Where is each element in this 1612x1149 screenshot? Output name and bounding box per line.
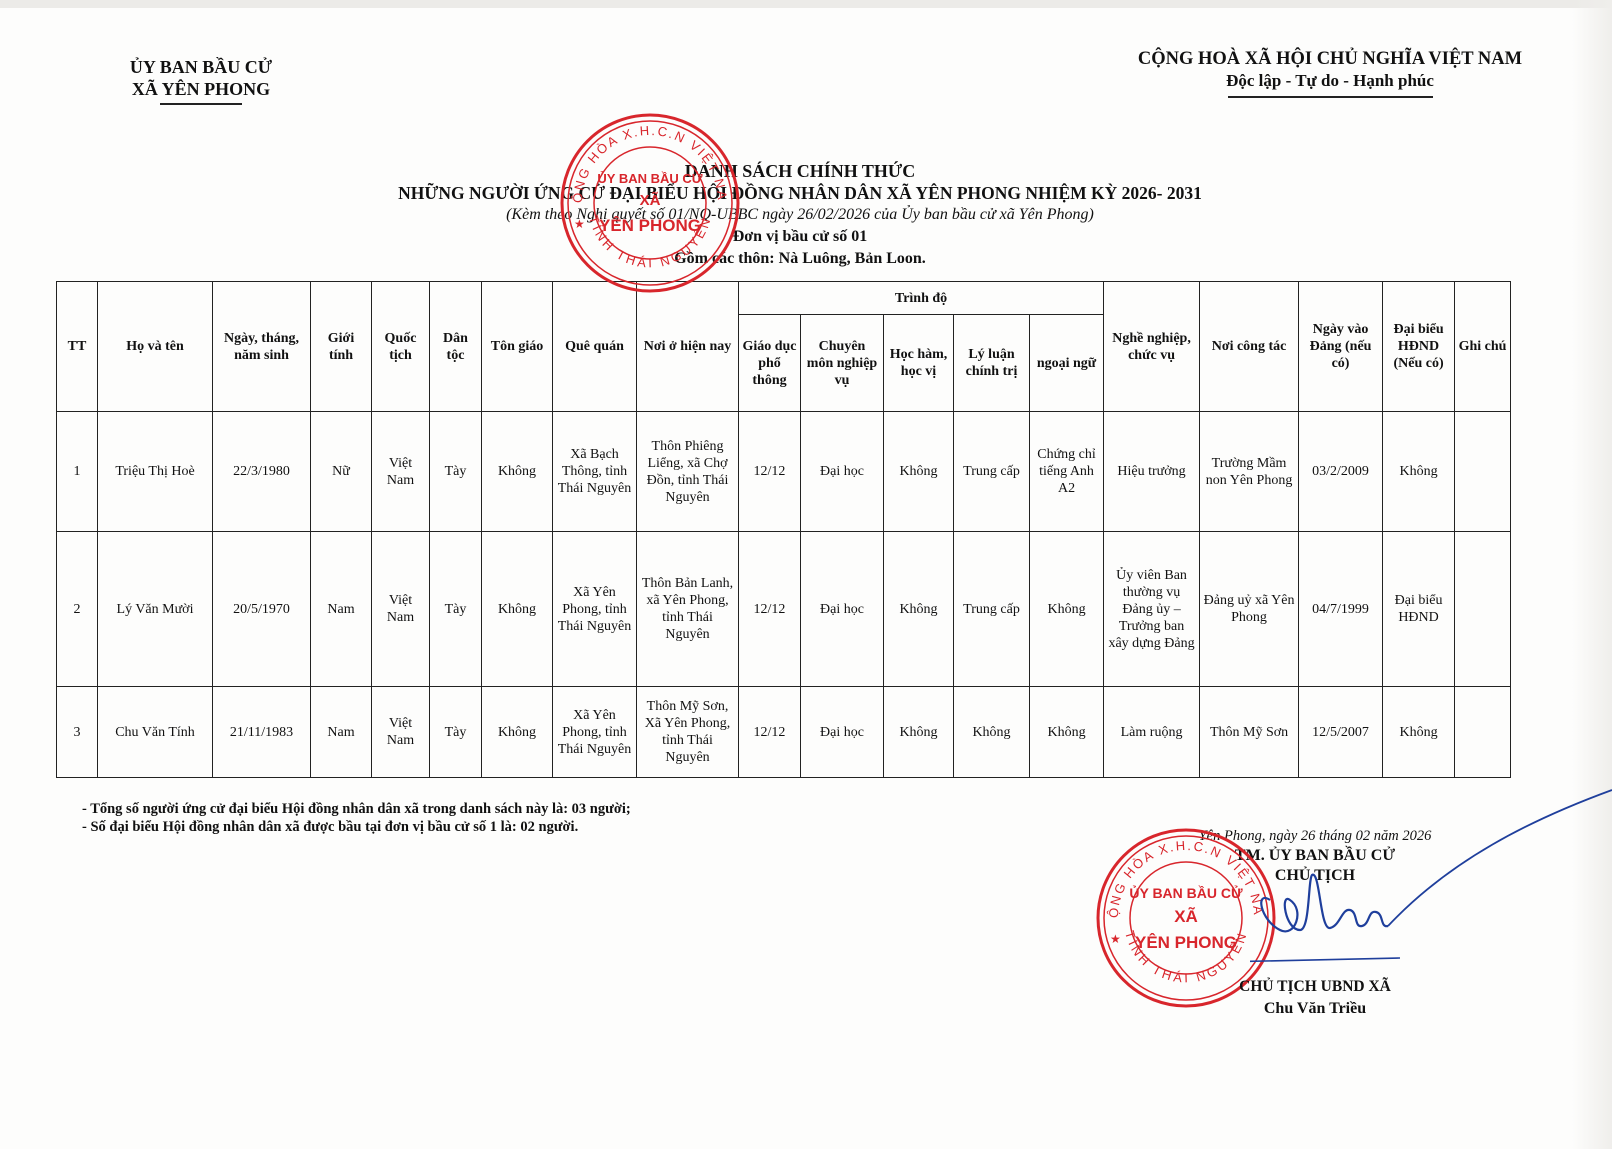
cell-note bbox=[1455, 687, 1511, 778]
title-line-2: NHỮNG NGƯỜI ỨNG CỬ ĐẠI BIỂU HỘI ĐỒNG NHÂ… bbox=[350, 182, 1250, 204]
cell-name: Chu Văn Tính bbox=[98, 687, 213, 778]
title-line-1: DANH SÁCH CHÍNH THỨC bbox=[350, 160, 1250, 182]
cell-hometown: Xã Yên Phong, tỉnh Thái Nguyên bbox=[553, 687, 637, 778]
seal2-center-2: XÃ bbox=[1174, 906, 1198, 926]
cell-professional: Đại học bbox=[801, 532, 884, 687]
signer-org: TM. ỦY BAN BẦU CỬ bbox=[1150, 846, 1480, 866]
cell-academic: Không bbox=[884, 412, 954, 532]
table-row: 2Lý Văn Mười20/5/1970NamViệt NamTàyKhông… bbox=[57, 532, 1511, 687]
cell-hometown: Xã Yên Phong, tỉnh Thái Nguyên bbox=[553, 532, 637, 687]
cell-language: Không bbox=[1030, 687, 1104, 778]
cell-hometown: Xã Bạch Thông, tỉnh Thái Nguyên bbox=[553, 412, 637, 532]
col-hometown: Quê quán bbox=[553, 282, 637, 412]
title-reference: (Kèm theo Nghị quyết số 01/NQ-UBBC ngày … bbox=[350, 204, 1250, 226]
seal2-center-3: YÊN PHONG bbox=[1135, 933, 1237, 952]
cell-academic: Không bbox=[884, 687, 954, 778]
cell-party-date: 04/7/1999 bbox=[1299, 532, 1383, 687]
cell-dob: 22/3/1980 bbox=[213, 412, 311, 532]
motto: Độc lập - Tự do - Hạnh phúc bbox=[1120, 70, 1540, 92]
cell-residence: Thôn Bản Lanh, xã Yên Phong, tỉnh Thái N… bbox=[637, 532, 739, 687]
col-name: Họ và tên bbox=[98, 282, 213, 412]
cell-language: Chứng chỉ tiếng Anh A2 bbox=[1030, 412, 1104, 532]
country-name: CỘNG HOÀ XÃ HỘI CHỦ NGHĨA VIỆT NAM bbox=[1120, 48, 1540, 70]
cell-occupation: Hiệu trưởng bbox=[1104, 412, 1200, 532]
scan-right-shadow bbox=[1572, 0, 1612, 1149]
cell-professional: Đại học bbox=[801, 687, 884, 778]
authority-line-2: XÃ YÊN PHONG bbox=[116, 78, 286, 100]
col-group-qualification: Trình độ bbox=[739, 282, 1104, 315]
col-political: Lý luận chính trị bbox=[954, 315, 1030, 412]
cell-nationality: Việt Nam bbox=[372, 687, 430, 778]
cell-language: Không bbox=[1030, 532, 1104, 687]
villages: Gồm các thôn: Nà Luông, Bản Loon. bbox=[350, 248, 1250, 270]
authority-underline bbox=[160, 103, 242, 105]
cell-gender: Nữ bbox=[311, 412, 372, 532]
cell-tt: 1 bbox=[57, 412, 98, 532]
header-row-1: TT Họ và tên Ngày, tháng, năm sinh Giới … bbox=[57, 282, 1511, 315]
cell-occupation: Làm ruộng bbox=[1104, 687, 1200, 778]
summary-notes: - Tổng số người ứng cử đại biểu Hội đồng… bbox=[82, 800, 631, 836]
cell-workplace: Thôn Mỹ Sơn bbox=[1200, 687, 1299, 778]
cell-note bbox=[1455, 532, 1511, 687]
cell-ethnicity: Tày bbox=[430, 687, 482, 778]
cell-religion: Không bbox=[482, 532, 553, 687]
signature-block: Yên Phong, ngày 26 tháng 02 năm 2026 TM.… bbox=[1150, 826, 1480, 886]
seal2-star-icon: ★ bbox=[1110, 932, 1121, 946]
cell-council-rep: Đại biểu HĐND bbox=[1383, 532, 1455, 687]
cell-gender: Nam bbox=[311, 532, 372, 687]
cell-professional: Đại học bbox=[801, 412, 884, 532]
col-language: ngoại ngữ bbox=[1030, 315, 1104, 412]
authority-line-1: ỦY BAN BẦU CỬ bbox=[116, 56, 286, 78]
place-date: Yên Phong, ngày 26 tháng 02 năm 2026 bbox=[1150, 826, 1480, 846]
electoral-unit: Đơn vị bầu cử số 01 bbox=[350, 226, 1250, 248]
scan-top-edge bbox=[0, 0, 1612, 8]
table-row: 1Triệu Thị Hoè22/3/1980NữViệt NamTàyKhôn… bbox=[57, 412, 1511, 532]
note-seats: - Số đại biểu Hội đồng nhân dân xã được … bbox=[82, 818, 631, 836]
cell-nationality: Việt Nam bbox=[372, 412, 430, 532]
cell-general-edu: 12/12 bbox=[739, 532, 801, 687]
note-total-candidates: - Tổng số người ứng cử đại biểu Hội đồng… bbox=[82, 800, 631, 818]
cell-party-date: 12/5/2007 bbox=[1299, 687, 1383, 778]
col-general-edu: Giáo dục phổ thông bbox=[739, 315, 801, 412]
cell-name: Triệu Thị Hoè bbox=[98, 412, 213, 532]
cell-religion: Không bbox=[482, 687, 553, 778]
col-residence: Nơi ở hiện nay bbox=[637, 282, 739, 412]
cell-academic: Không bbox=[884, 532, 954, 687]
cell-council-rep: Không bbox=[1383, 412, 1455, 532]
cell-name: Lý Văn Mười bbox=[98, 532, 213, 687]
cell-political: Trung cấp bbox=[954, 532, 1030, 687]
cell-tt: 2 bbox=[57, 532, 98, 687]
cell-residence: Thôn Mỹ Sơn, Xã Yên Phong, tỉnh Thái Ngu… bbox=[637, 687, 739, 778]
col-academic: Học hàm, học vị bbox=[884, 315, 954, 412]
col-nationality: Quốc tịch bbox=[372, 282, 430, 412]
signer-title: CHỦ TỊCH UBND XÃ bbox=[1150, 976, 1480, 998]
col-ethnicity: Dân tộc bbox=[430, 282, 482, 412]
cell-workplace: Trường Mầm non Yên Phong bbox=[1200, 412, 1299, 532]
cell-general-edu: 12/12 bbox=[739, 687, 801, 778]
col-gender: Giới tính bbox=[311, 282, 372, 412]
col-note: Ghi chú bbox=[1455, 282, 1511, 412]
cell-ethnicity: Tày bbox=[430, 412, 482, 532]
col-tt: TT bbox=[57, 282, 98, 412]
col-council-rep: Đại biểu HĐND (Nếu có) bbox=[1383, 282, 1455, 412]
document-title: DANH SÁCH CHÍNH THỨC NHỮNG NGƯỜI ỨNG CỬ … bbox=[350, 160, 1250, 270]
cell-general-edu: 12/12 bbox=[739, 412, 801, 532]
cell-note bbox=[1455, 412, 1511, 532]
cell-dob: 21/11/1983 bbox=[213, 687, 311, 778]
col-professional: Chuyên môn nghiệp vụ bbox=[801, 315, 884, 412]
signer-name: Chu Văn Triều bbox=[1150, 998, 1480, 1020]
cell-party-date: 03/2/2009 bbox=[1299, 412, 1383, 532]
col-religion: Tôn giáo bbox=[482, 282, 553, 412]
motto-underline bbox=[1228, 96, 1433, 98]
cell-religion: Không bbox=[482, 412, 553, 532]
cell-nationality: Việt Nam bbox=[372, 532, 430, 687]
col-workplace: Nơi công tác bbox=[1200, 282, 1299, 412]
candidates-table: TT Họ và tên Ngày, tháng, năm sinh Giới … bbox=[56, 281, 1511, 778]
cell-council-rep: Không bbox=[1383, 687, 1455, 778]
cell-workplace: Đảng uỷ xã Yên Phong bbox=[1200, 532, 1299, 687]
table-row: 3Chu Văn Tính21/11/1983NamViệt NamTàyKhô… bbox=[57, 687, 1511, 778]
col-occupation: Nghề nghiệp, chức vụ bbox=[1104, 282, 1200, 412]
cell-occupation: Ủy viên Ban thường vụ Đảng ủy – Trưởng b… bbox=[1104, 532, 1200, 687]
national-motto: CỘNG HOÀ XÃ HỘI CHỦ NGHĨA VIỆT NAM Độc l… bbox=[1120, 48, 1540, 98]
cell-ethnicity: Tày bbox=[430, 532, 482, 687]
cell-residence: Thôn Phiêng Liểng, xã Chợ Đồn, tỉnh Thái… bbox=[637, 412, 739, 532]
cell-political: Trung cấp bbox=[954, 412, 1030, 532]
cell-political: Không bbox=[954, 687, 1030, 778]
col-dob: Ngày, tháng, năm sinh bbox=[213, 282, 311, 412]
cell-dob: 20/5/1970 bbox=[213, 532, 311, 687]
col-party-date: Ngày vào Đảng (nếu có) bbox=[1299, 282, 1383, 412]
cell-tt: 3 bbox=[57, 687, 98, 778]
cell-gender: Nam bbox=[311, 687, 372, 778]
issuing-authority: ỦY BAN BẦU CỬ XÃ YÊN PHONG bbox=[116, 56, 286, 105]
seal2-center-1: ỦY BAN BẦU CỬ bbox=[1129, 884, 1243, 901]
signer-role: CHỦ TỊCH bbox=[1150, 866, 1480, 886]
signer-details: CHỦ TỊCH UBND XÃ Chu Văn Triều bbox=[1150, 976, 1480, 1020]
